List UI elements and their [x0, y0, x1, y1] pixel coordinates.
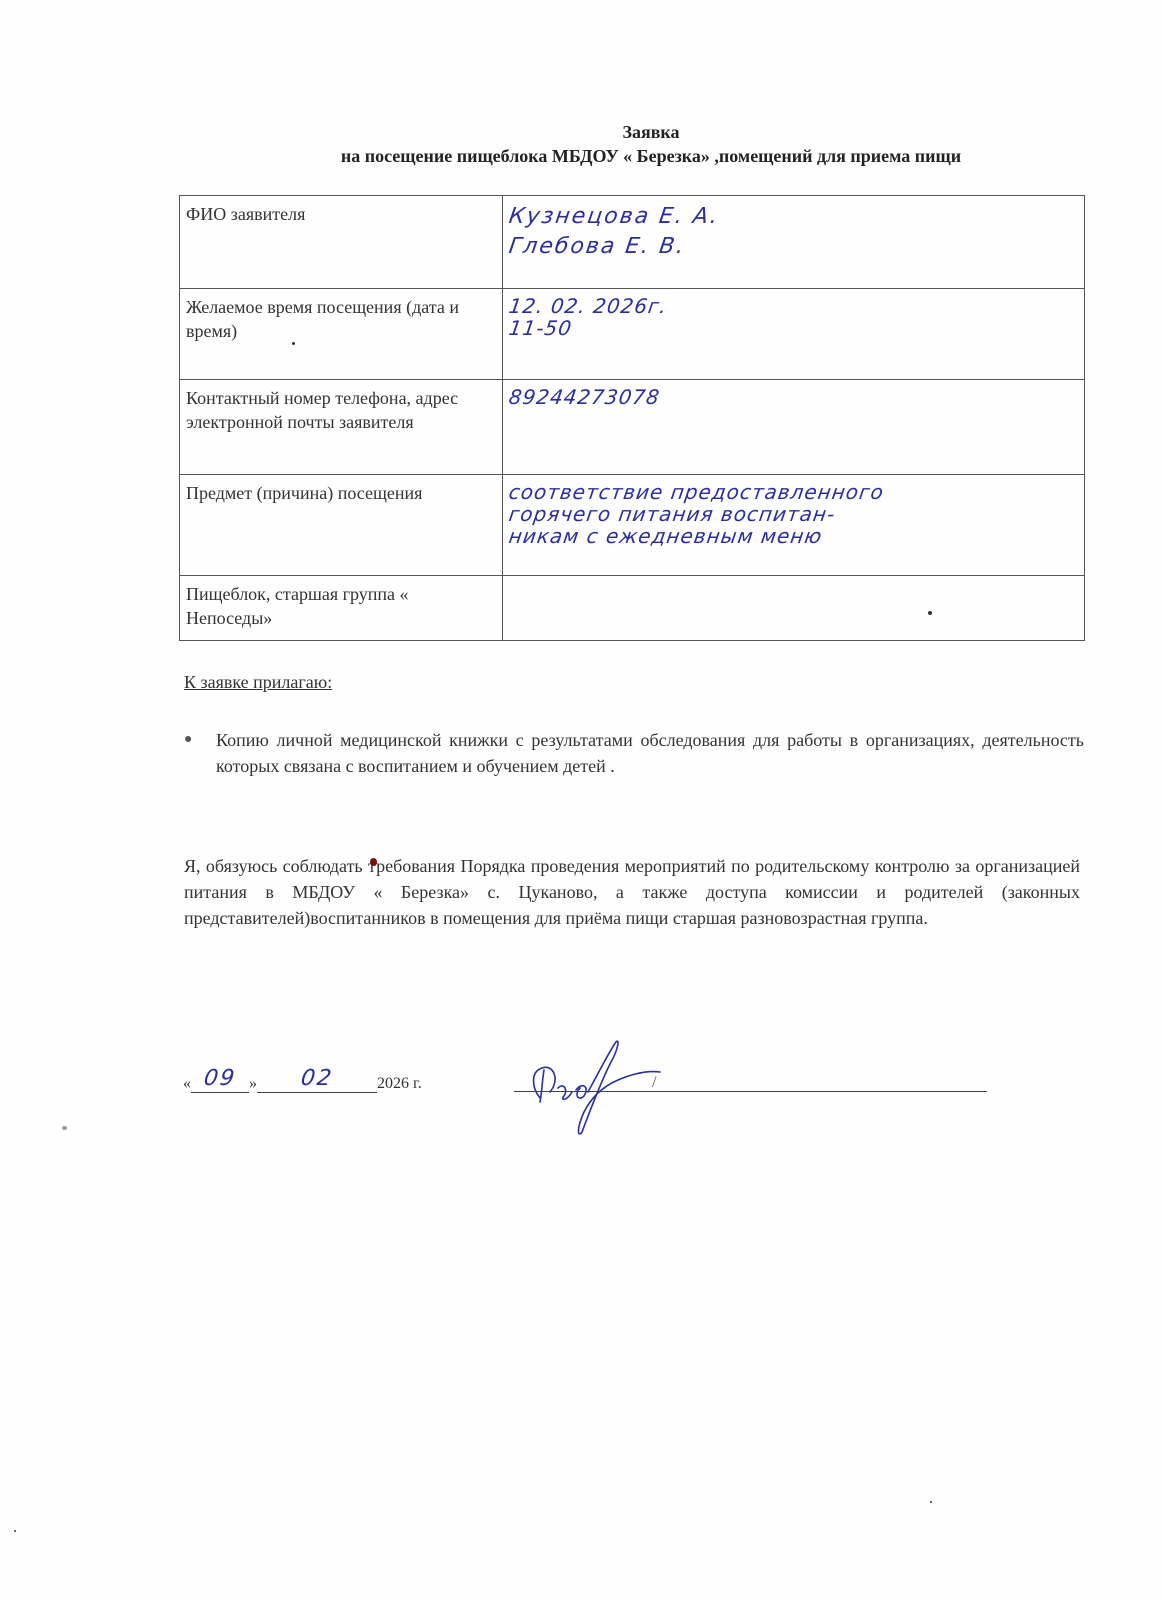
handwritten-line: 12. 02. 2026г. [507, 295, 1079, 317]
form-label: Контактный номер телефона, адрес электро… [180, 380, 503, 475]
attachment-text: Копию личной медицинской книжки с резуль… [216, 727, 1084, 779]
form-row-applicant-name: ФИО заявителя Кузнецова Е. А. Глебова Е.… [180, 196, 1085, 289]
attachment-item: ● Копию личной медицинской книжки с резу… [184, 727, 1084, 779]
scan-speck [930, 1501, 932, 1503]
signature-icon [520, 1030, 670, 1140]
form-row-visit-reason: Предмет (причина) посещения соответствие… [180, 475, 1085, 576]
form-label: Пищеблок, старшая группа « Непоседы» [180, 576, 503, 641]
handwritten-line: соответствие предоставленного [507, 481, 1079, 503]
handwritten-line: 89244273078 [507, 386, 1079, 408]
handwritten-line: 11-50 [507, 317, 1079, 339]
scanned-page: Заявка на посещение пищеблока МБДОУ « Бе… [0, 0, 1162, 1600]
date-field: « 09 » 02 2026 г. [183, 1068, 422, 1093]
pledge-paragraph: Я, обязуюсь соблюдать требования Порядка… [184, 853, 1080, 931]
handwritten-line: Кузнецова Е. А. [507, 202, 1080, 232]
form-label: Предмет (причина) посещения [180, 475, 503, 576]
form-row-visit-time: Желаемое время посещения (дата и время) … [180, 289, 1085, 380]
month-blank: 02 [257, 1068, 377, 1093]
form-label: ФИО заявителя [180, 196, 503, 289]
form-row-contact: Контактный номер телефона, адрес электро… [180, 380, 1085, 475]
handwritten-day: 09 [189, 1068, 250, 1090]
year-label: 2026 г. [377, 1075, 422, 1093]
form-label: Желаемое время посещения (дата и время) [180, 289, 503, 380]
handwritten-line: Глебова Е. В. [507, 232, 1080, 262]
form-value-location [503, 576, 1085, 641]
scan-speck [62, 1126, 67, 1130]
document-title: Заявка [70, 122, 1162, 143]
day-blank: 09 [191, 1068, 249, 1093]
form-row-location: Пищеблок, старшая группа « Непоседы» [180, 576, 1085, 641]
handwritten-line: никам с ежедневным меню [507, 525, 1079, 547]
document-subtitle: на посещение пищеблока МБДОУ « Березка» … [70, 146, 1162, 167]
scan-speck [928, 611, 932, 615]
form-value-visit-time: 12. 02. 2026г. 11-50 [503, 289, 1085, 380]
form-value-visit-reason: соответствие предоставленного горячего п… [503, 475, 1085, 576]
application-form-table: ФИО заявителя Кузнецова Е. А. Глебова Е.… [179, 195, 1085, 641]
scan-speck [14, 1530, 16, 1532]
scan-speck [292, 342, 295, 345]
handwritten-line: горячего питания воспитан- [507, 503, 1079, 525]
handwritten-month: 02 [255, 1068, 378, 1090]
attachments-heading: К заявке прилагаю: [184, 672, 332, 693]
bullet-icon: ● [184, 727, 216, 779]
form-value-contact: 89244273078 [503, 380, 1085, 475]
form-value-applicant-name: Кузнецова Е. А. Глебова Е. В. [503, 196, 1085, 289]
scan-speck [370, 858, 377, 866]
